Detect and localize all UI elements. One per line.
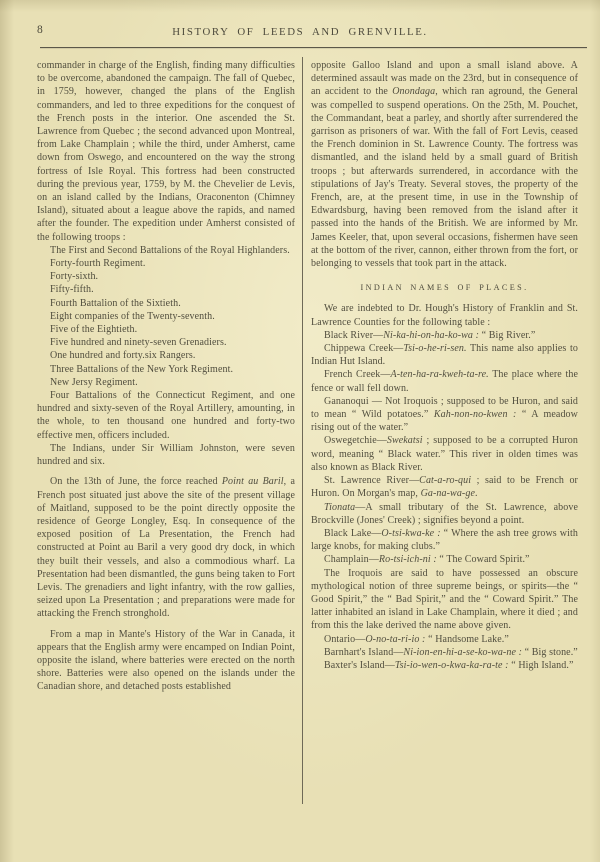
italic-text: Onondaga: [392, 86, 435, 97]
text-run: Black Lake—: [324, 528, 381, 539]
right-column: opposite Galloo Island and upon a small …: [311, 59, 578, 672]
text-run: We are indebted to Dr. Hough's History o…: [311, 303, 578, 327]
text-run: “ Handsome Lake.”: [425, 634, 508, 645]
paragraph: opposite Galloo Island and upon a small …: [311, 59, 578, 270]
text-run: , a French post situated just above the …: [37, 476, 295, 619]
list-item: Five of the Eightieth.: [37, 323, 295, 336]
text-run: From a map in Mante's History of the War…: [37, 629, 295, 693]
text-run: Chippewa Creek—: [324, 343, 403, 354]
list-item: Eight companies of the Twenty-seventh.: [37, 310, 295, 323]
text-run: “ Big River.”: [479, 330, 535, 341]
list-item: Forty-fourth Regiment.: [37, 257, 295, 270]
paragraph: We are indebted to Dr. Hough's History o…: [311, 302, 578, 328]
text-run: Eight companies of the Twenty-seventh.: [50, 311, 215, 322]
text-run: Four Battalions of the Connecticut Regim…: [37, 390, 295, 441]
running-title: HISTORY OF LEEDS AND GRENVILLE.: [0, 26, 600, 38]
text-run: The Indians, under Sir William Johnston,…: [37, 443, 295, 467]
italic-text: Tsi-io-wen-o-kwa-ka-ra-te :: [395, 660, 509, 671]
italic-text: Kah-non-no-kwen :: [434, 409, 517, 420]
paragraph: Chippewa Creek—Tsi-o-he-ri-sen. This nam…: [311, 342, 578, 368]
text-run: The First and Second Battalions of the R…: [50, 245, 290, 256]
column-divider: [302, 57, 303, 804]
text-run: Oswegetchie—: [324, 435, 387, 446]
paragraph: Gananoqui — Not Iroquois ; supposed to b…: [311, 395, 578, 435]
text-run: Fourth Battalion of the Sixtieth.: [50, 298, 181, 309]
text-run: Barnhart's Island—: [324, 647, 403, 658]
text-run: Forty-fourth Regiment.: [50, 258, 146, 269]
section-heading: INDIAN NAMES OF PLACES.: [311, 281, 578, 294]
text-run: One hundred and forty.six Rangers.: [50, 350, 196, 361]
paragraph: The Iroquois are said to have possessed …: [311, 567, 578, 633]
paragraph: Four Battalions of the Connecticut Regim…: [37, 389, 295, 442]
text-run: Five hundred and ninety-seven Grenadiers…: [50, 337, 227, 348]
text-run: French Creek—: [324, 369, 390, 380]
list-item: Five hundred and ninety-seven Grenadiers…: [37, 336, 295, 349]
paragraph: Black River—Ni-ka-hi-on-ha-ko-wa : “ Big…: [311, 329, 578, 342]
text-run: “ High Island.”: [509, 660, 574, 671]
text-run: Fifty-fifth.: [50, 284, 94, 295]
text-run: New Jersy Regiment.: [50, 377, 138, 388]
text-run: Champlain—: [324, 554, 379, 565]
list-item: Forty-sixth.: [37, 270, 295, 283]
text-run: INDIAN NAMES OF PLACES.: [360, 283, 528, 292]
paragraph: Champlain—Ro-tsi-ich-ni : “ The Coward S…: [311, 553, 578, 566]
paragraph: Black Lake—O-tsi-kwa-ke : “ Where the as…: [311, 527, 578, 553]
text-run: “ Big stone.”: [522, 647, 578, 658]
paragraph: Ontario—O-no-ta-ri-io : “ Handsome Lake.…: [311, 633, 578, 646]
italic-text: Ro-tsi-ich-ni :: [379, 554, 437, 565]
text-run: Five of the Eightieth.: [50, 324, 137, 335]
paragraph: Oswegetchie—Swekatsi ; supposed to be a …: [311, 434, 578, 474]
paragraph: Baxter's Island—Tsi-io-wen-o-kwa-ka-ra-t…: [311, 659, 578, 672]
text-run: .: [475, 488, 478, 499]
italic-text: Ni-ka-hi-on-ha-ko-wa :: [383, 330, 479, 341]
italic-text: Ga-na-wa-ge: [421, 488, 475, 499]
text-run: , which ran aground, the General was com…: [311, 86, 578, 269]
text-run: On the 13th of June, the force reached: [50, 476, 222, 487]
list-item: The First and Second Battalions of the R…: [37, 244, 295, 257]
italic-text: Swekatsi: [387, 435, 423, 446]
italic-text: A-ten-ha-ra-kweh-ta-re.: [390, 369, 488, 380]
paragraph: The Indians, under Sir William Johnston,…: [37, 442, 295, 468]
paragraph: St. Lawrence River—Cat-a-ro-qui ; said t…: [311, 474, 578, 500]
text-run: commander in charge of the English, find…: [37, 60, 295, 243]
text-run: St. Lawrence River—: [324, 475, 419, 486]
italic-text: O-no-ta-ri-io :: [365, 634, 425, 645]
paragraph: Barnhart's Island—Ni-ion-en-hi-a-se-ko-w…: [311, 646, 578, 659]
list-item: New Jersy Regiment.: [37, 376, 295, 389]
list-item: Fifty-fifth.: [37, 283, 295, 296]
list-item: Three Battalions of the New York Regimen…: [37, 363, 295, 376]
italic-text: Point au Baril: [222, 476, 284, 487]
italic-text: Tionata: [324, 502, 355, 513]
italic-text: O-tsi-kwa-ke :: [381, 528, 440, 539]
text-run: “ The Coward Spirit.”: [437, 554, 530, 565]
text-run: Forty-sixth.: [50, 271, 98, 282]
paragraph: From a map in Mante's History of the War…: [37, 628, 295, 694]
text-run: Baxter's Island—: [324, 660, 395, 671]
text-run: Black River—: [324, 330, 383, 341]
list-item: One hundred and forty.six Rangers.: [37, 349, 295, 362]
paragraph: commander in charge of the English, find…: [37, 59, 295, 244]
paragraph: On the 13th of June, the force reached P…: [37, 475, 295, 620]
text-run: The Iroquois are said to have possessed …: [311, 568, 578, 632]
book-page: { "header": { "page_number": "8", "title…: [0, 0, 600, 862]
paragraph: French Creek—A-ten-ha-ra-kweh-ta-re. The…: [311, 368, 578, 394]
italic-text: Cat-a-ro-qui: [419, 475, 471, 486]
text-run: Three Battalions of the New York Regimen…: [50, 364, 233, 375]
header-rule: [40, 47, 587, 48]
list-item: Fourth Battalion of the Sixtieth.: [37, 297, 295, 310]
italic-text: Ni-ion-en-hi-a-se-ko-wa-ne :: [403, 647, 522, 658]
left-column: commander in charge of the English, find…: [37, 59, 295, 694]
italic-text: Tsi-o-he-ri-sen.: [403, 343, 466, 354]
text-run: Ontario—: [324, 634, 365, 645]
paragraph: Tionata—A small tributary of the St. Law…: [311, 501, 578, 527]
